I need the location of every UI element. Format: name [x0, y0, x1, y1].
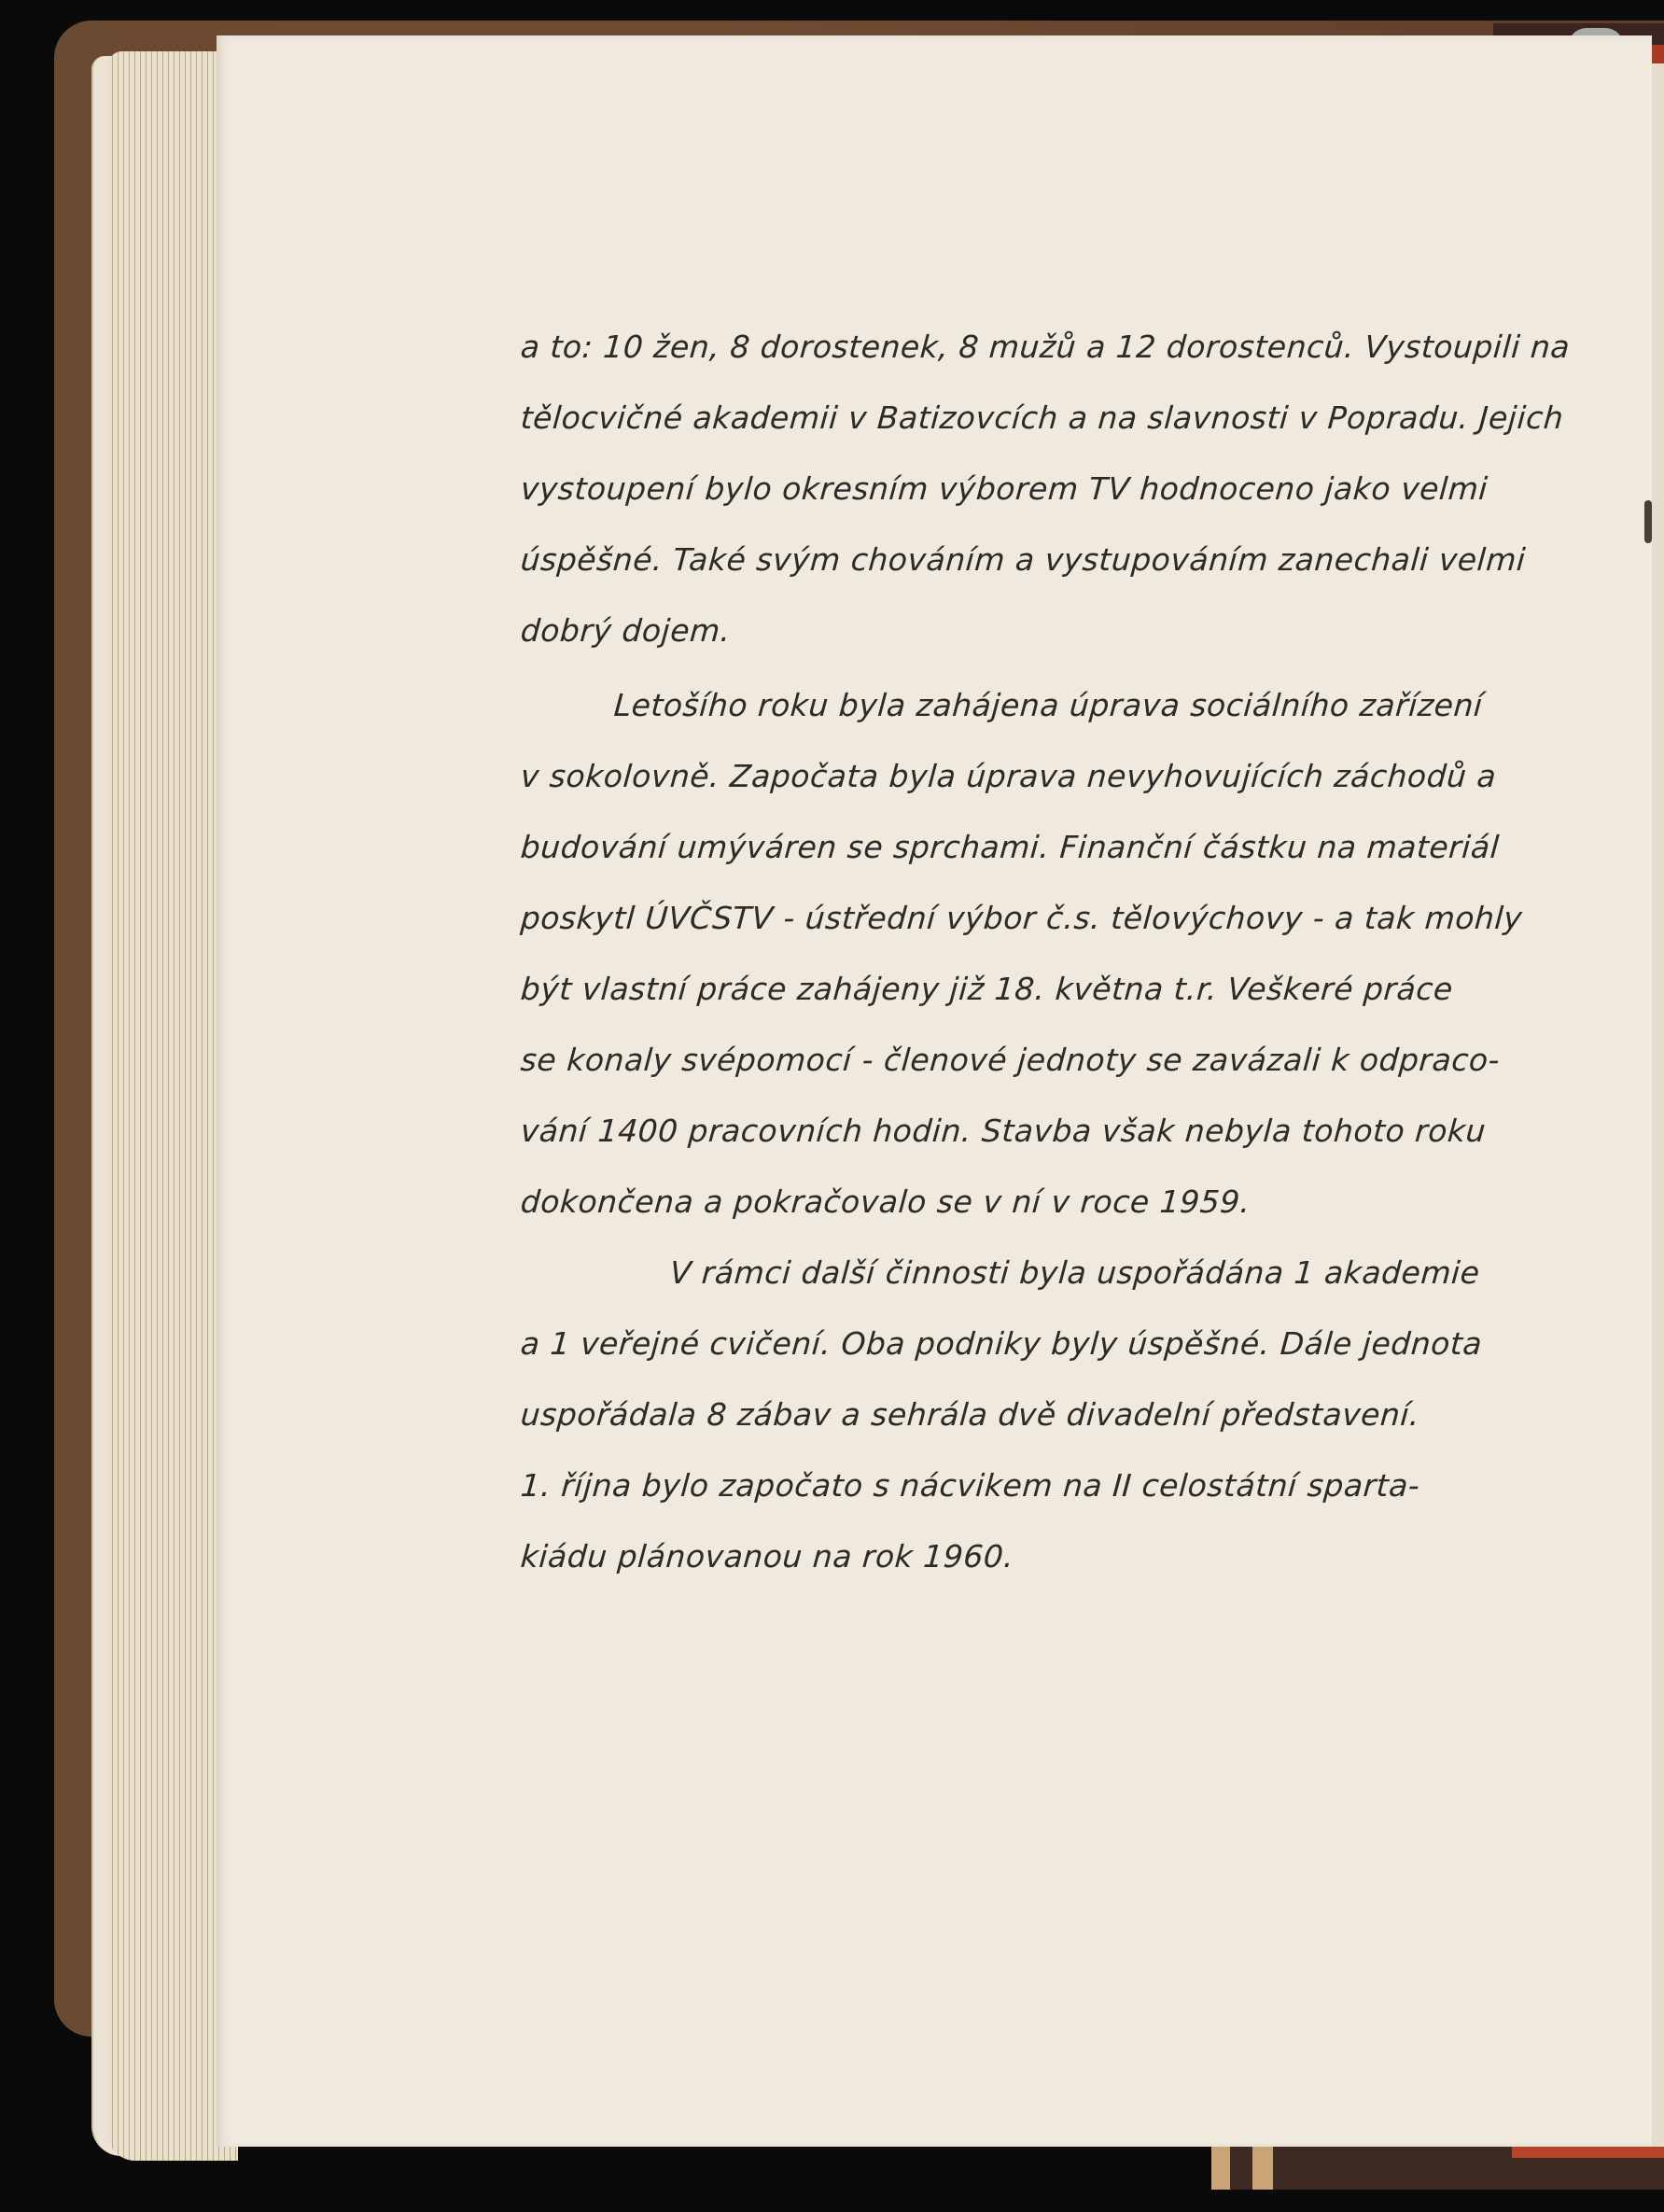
text-line: být vlastní práce zahájeny již 18. květn…: [519, 964, 1493, 1015]
text-line: vystoupení bylo okresním výborem TV hodn…: [519, 464, 1493, 514]
ink-stain: [1644, 500, 1652, 543]
handwritten-text: a to: 10 žen, 8 dorostenek, 8 mužů a 12 …: [519, 322, 1489, 1582]
text-line: kiádu plánovanou na rok 1960.: [519, 1532, 1493, 1582]
spine-band: [1211, 2147, 1230, 2190]
book-photo-scene: a to: 10 žen, 8 dorostenek, 8 mužů a 12 …: [0, 0, 1664, 2212]
spine-band: [1252, 2147, 1273, 2190]
text-line: a to: 10 žen, 8 dorostenek, 8 mužů a 12 …: [519, 322, 1493, 372]
text-line: dokončena a pokračovalo se v ní v roce 1…: [519, 1177, 1493, 1227]
text-line: vání 1400 pracovních hodin. Stavba však …: [519, 1106, 1493, 1156]
text-line: budování umýváren se sprchami. Finanční …: [519, 822, 1493, 873]
text-line: dobrý dojem.: [519, 606, 1493, 656]
text-line: poskytl ÚVČSTV - ústřední výbor č.s. těl…: [519, 893, 1493, 944]
text-line-indented: Letošího roku byla zahájena úprava sociá…: [519, 680, 1493, 731]
text-line: uspořádala 8 zábav a sehrála dvě divadel…: [519, 1390, 1493, 1440]
text-line: úspěšné. Také svým chováním a vystupován…: [519, 535, 1493, 585]
text-line: v sokolovně. Započata byla úprava nevyho…: [519, 751, 1493, 802]
text-line-indented: V rámci další činnosti byla uspořádána 1…: [519, 1248, 1493, 1298]
text-line: 1. října bylo započato s nácvikem na II …: [519, 1461, 1493, 1511]
text-line: a 1 veřejné cvičení. Oba podniky byly ús…: [519, 1319, 1493, 1369]
text-line: tělocvičné akademii v Batizovcích a na s…: [519, 393, 1493, 443]
text-line: se konaly svépomocí - členové jednoty se…: [519, 1035, 1493, 1085]
